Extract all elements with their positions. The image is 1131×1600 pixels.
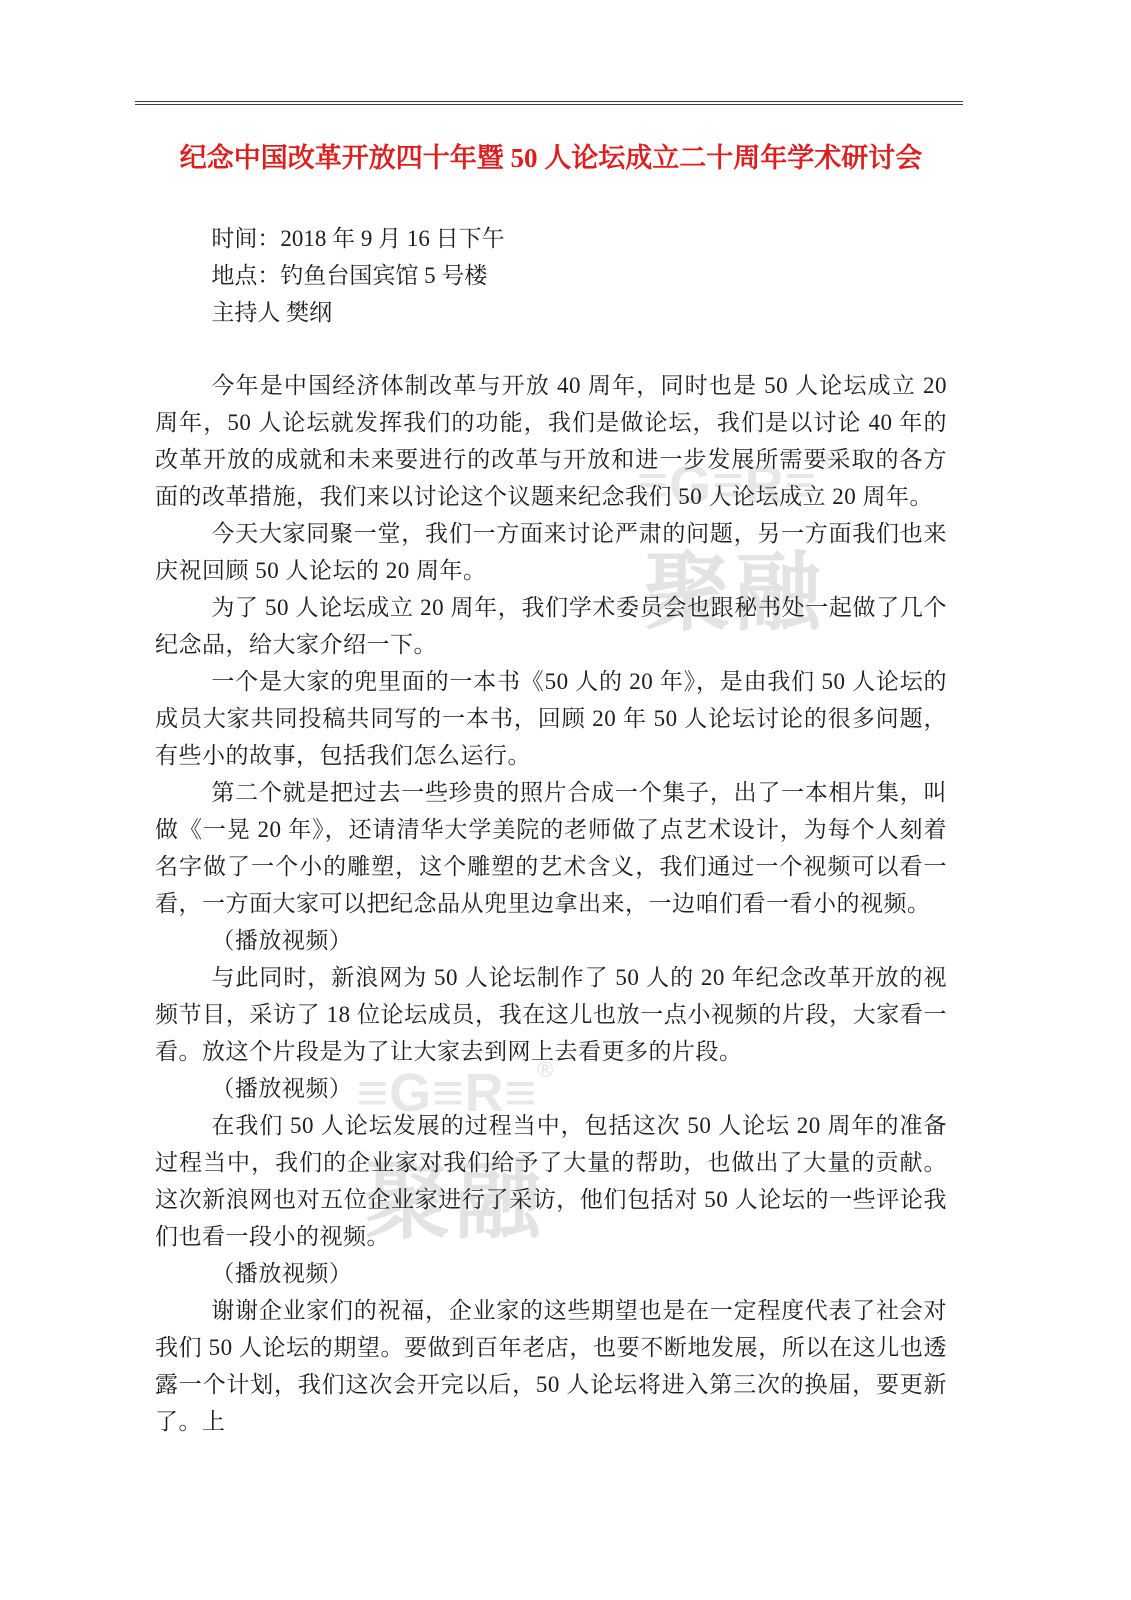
paragraph: 为了 50 人论坛成立 20 周年，我们学术委员会也跟秘书处一起做了几个纪念品，…: [155, 589, 947, 663]
paragraph: 谢谢企业家们的祝福，企业家的这些期望也是在一定程度代表了社会对我们 50 人论坛…: [155, 1292, 947, 1440]
meta-host: 主持人 樊纲: [211, 294, 947, 331]
paragraph: 今天大家同聚一堂，我们一方面来讨论严肃的问题，另一方面我们也来庆祝回顾 50 人…: [155, 515, 947, 589]
page-title: 纪念中国改革开放四十年暨 50 人论坛成立二十周年学术研讨会: [155, 138, 947, 178]
paragraph: 与此同时，新浪网为 50 人论坛制作了 50 人的 20 年纪念改革开放的视频节…: [155, 959, 947, 1070]
meta-location: 地点：钓鱼台国宾馆 5 号楼: [211, 257, 947, 294]
body-text: 今年是中国经济体制改革与开放 40 周年，同时也是 50 人论坛成立 20 周年…: [155, 367, 947, 1440]
meta-time: 时间：2018 年 9 月 16 日下午: [211, 220, 947, 257]
stage-direction: （播放视频）: [155, 1255, 947, 1292]
paragraph: 第二个就是把过去一些珍贵的照片合成一个集子，出了一本相片集，叫做《一晃 20 年…: [155, 774, 947, 922]
stage-direction: （播放视频）: [155, 922, 947, 959]
paragraph: 在我们 50 人论坛发展的过程当中，包括这次 50 人论坛 20 周年的准备过程…: [155, 1107, 947, 1255]
stage-direction: （播放视频）: [155, 1070, 947, 1107]
document-page: ≡G≡R≡® 聚融 ≡G≡R≡® 聚融 纪念中国改革开放四十年暨 50 人论坛成…: [0, 0, 1131, 1600]
paragraph: 一个是大家的兜里面的一本书《50 人的 20 年》，是由我们 50 人论坛的成员…: [155, 663, 947, 774]
document-content: 纪念中国改革开放四十年暨 50 人论坛成立二十周年学术研讨会 时间：2018 年…: [155, 0, 947, 1440]
meta-block: 时间：2018 年 9 月 16 日下午 地点：钓鱼台国宾馆 5 号楼 主持人 …: [211, 220, 947, 331]
header-rule: [135, 101, 963, 105]
paragraph: 今年是中国经济体制改革与开放 40 周年，同时也是 50 人论坛成立 20 周年…: [155, 367, 947, 515]
